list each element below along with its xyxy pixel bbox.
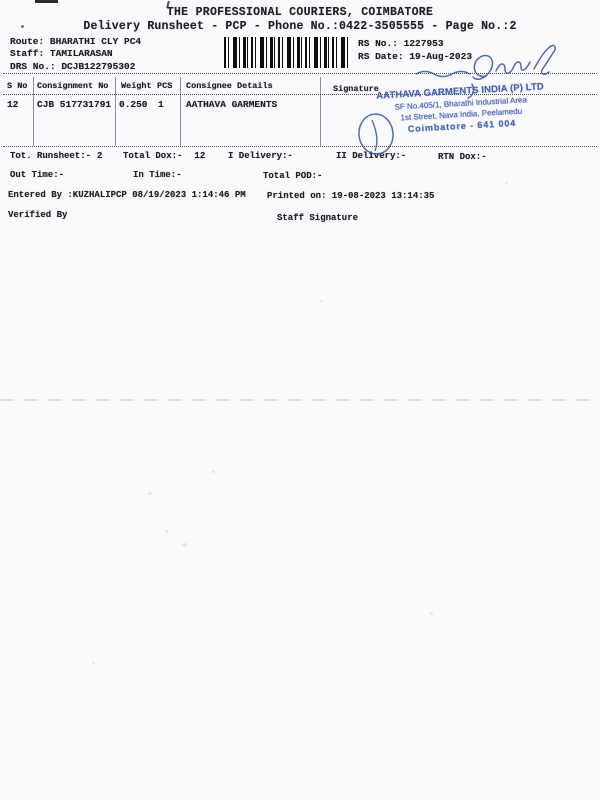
header-consignee-details: Consignee Details [186,81,273,91]
cell-weight: 0.250 [119,99,148,110]
rtn-dox-label: RTN Dox:- [438,152,487,162]
drs-label: DRS No.: [10,61,56,72]
i-delivery-label: I Delivery:- [228,151,293,161]
staff-label: Staff: [10,48,44,59]
entered-by-text: Entered By :KUZHALIPCP 08/19/2023 1:14:4… [8,190,246,200]
scan-speck [92,662,95,664]
cell-consignee: AATHAVA GARMENTS [186,99,277,110]
verified-by-label: Verified By [8,210,67,220]
column-divider [320,77,321,146]
staff-line: Staff: TAMILARASAN [10,48,113,59]
column-divider [115,77,116,146]
tot-runsheet: Tot. Runsheet:-2 [10,151,102,161]
header-weight: Weight [121,81,152,91]
scan-speck [182,543,187,547]
scan-speck [165,530,168,533]
total-pod-label: Total POD:- [263,171,322,181]
scan-edge-artifact [35,0,58,3]
staff-signature-label: Staff Signature [277,213,358,223]
scan-speck [320,300,323,302]
printed-on-text: Printed on: 19-08-2023 13:14:35 [267,191,434,201]
route-line: Route: BHARATHI CLY PC4 [10,36,141,47]
handwritten-signature [412,40,572,98]
scan-speck [212,470,215,473]
staff-value: TAMILARASAN [50,48,113,59]
scan-speck [430,612,433,615]
header-pcs: PCS [157,81,172,91]
rs-no-label: RS No.: [358,38,398,49]
cell-pcs: 1 [158,99,164,110]
company-title: THE PROFESSIONAL COURIERS, COIMBATORE [0,6,600,19]
column-divider [33,77,34,146]
cell-s-no: 12 [7,99,18,110]
scan-speck [148,492,152,495]
paper-crease-artifact [0,399,600,401]
drs-value: DCJB122795302 [61,61,135,72]
column-divider [180,77,181,146]
out-time-label: Out Time:- [10,170,64,180]
stamp-circle-mark [352,108,400,160]
total-dox-value: 12 [194,151,205,161]
drs-line: DRS No.: DCJB122795302 [10,61,135,72]
scanned-runsheet-page: THE PROFESSIONAL COURIERS, COIMBATORE De… [0,0,600,800]
rs-barcode [224,37,351,68]
scan-speck [505,182,508,184]
header-s-no: S No [7,81,27,91]
tot-runsheet-value: 2 [97,151,102,161]
header-consignment-no: Consignment No [37,81,108,91]
total-dox-label: Total Dox:- [123,151,182,161]
total-dox: Total Dox:-12 [123,151,205,161]
tot-runsheet-label: Tot. Runsheet:- [10,151,91,161]
cell-consignment-no: CJB 517731791 [37,99,111,110]
rs-date-label: RS Date: [358,51,404,62]
route-value: BHARATHI CLY PC4 [50,36,141,47]
table-bottom-divider [3,146,597,147]
document-subtitle: Delivery Runsheet - PCP - Phone No.:0422… [0,20,600,33]
route-label: Route: [10,36,44,47]
in-time-label: In Time:- [133,170,182,180]
